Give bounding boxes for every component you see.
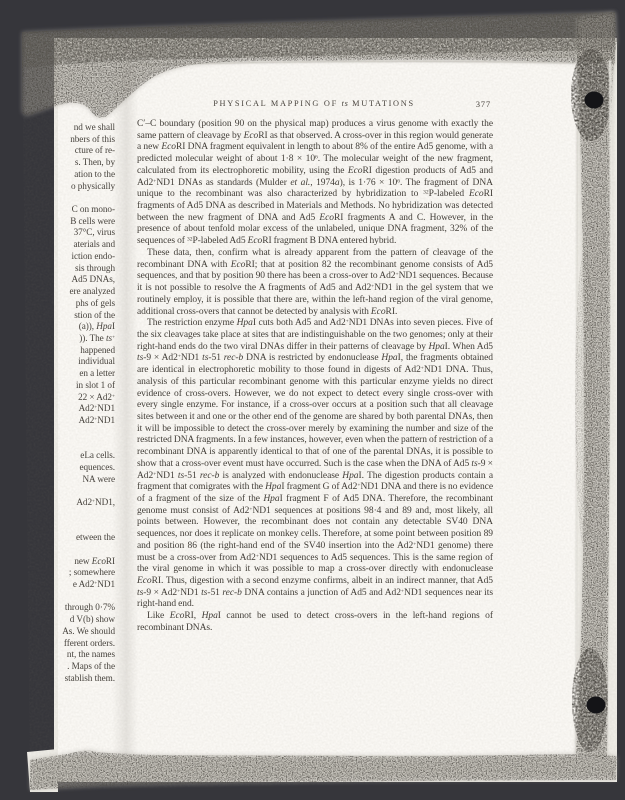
left-page-line-fragment: iction endo- — [28, 251, 115, 263]
left-page-line-fragment — [28, 192, 115, 204]
running-head-title: PHYSICAL MAPPING OF ts MUTATIONS — [213, 99, 415, 108]
left-page-line-fragment — [28, 509, 115, 521]
left-page-line-fragment: new EcoRI — [28, 556, 115, 568]
left-page-line-fragment — [28, 520, 115, 532]
left-page-line-fragment: 22 × Ad2+ — [28, 392, 115, 404]
left-page-line-fragment: )). The ts+ — [28, 333, 115, 345]
left-page-line-fragment: fferent orders. — [28, 638, 115, 650]
left-page-line-fragment: cture of re- — [28, 145, 115, 157]
left-page-line-fragment: individual — [28, 356, 115, 368]
left-page-line-fragment — [28, 427, 115, 439]
body-paragraph: Like EcoRI, HpaI cannot be used to detec… — [137, 611, 493, 634]
left-page-line-fragment — [28, 438, 115, 450]
body-paragraph: C′–C boundary (position 90 on the physic… — [137, 119, 493, 248]
left-page-line-fragment: Ad5 DNAs, — [28, 274, 115, 286]
left-page-line-fragment: etween the — [28, 532, 115, 544]
left-page-line-fragment: B cells were — [28, 216, 115, 228]
left-page-line-fragment: stablish them. — [28, 673, 115, 685]
left-page-line-fragment: e Ad2+ND1 — [28, 579, 115, 591]
left-page-line-fragment: . Maps of the — [28, 661, 115, 673]
left-page-line-fragment — [28, 485, 115, 497]
left-page-line-fragment — [28, 544, 115, 556]
left-page-line-fragment: nd we shall — [28, 122, 115, 134]
left-page-line-fragment: eLa cells. — [28, 450, 115, 462]
running-head: PHYSICAL MAPPING OF ts MUTATIONS 377 — [137, 99, 491, 108]
left-page-line-fragment: en a letter — [28, 368, 115, 380]
left-page-line-fragment: phs of gels — [28, 298, 115, 310]
left-page-line-fragment: 37°C, virus — [28, 227, 115, 239]
photographed-book-page: PHYSICAL MAPPING OF ts MUTATIONS 377 C′–… — [0, 0, 625, 800]
left-page-line-fragment: stion of the — [28, 310, 115, 322]
left-page-line-fragment: through 0·7% — [28, 602, 115, 614]
left-page-line-fragment: Ad2+ND1, — [28, 497, 115, 509]
left-page-line-fragment: ; somewhere — [28, 567, 115, 579]
left-page-line-fragment: sis through — [28, 263, 115, 275]
left-page-line-fragment: in slot 1 of — [28, 380, 115, 392]
left-page-line-fragment: ation to the — [28, 169, 115, 181]
main-text-column: C′–C boundary (position 90 on the physic… — [137, 119, 493, 635]
left-page-line-fragment: happened — [28, 345, 115, 357]
body-paragraph: The restriction enzyme HpaI cuts both Ad… — [137, 318, 493, 611]
left-page-line-fragment: equences. — [28, 462, 115, 474]
left-page-line-fragment: (a)), HpaI — [28, 321, 115, 333]
left-page-line-fragment: d V(b) show — [28, 614, 115, 626]
left-page-line-fragment: nbers of this — [28, 134, 115, 146]
page-text-layer: PHYSICAL MAPPING OF ts MUTATIONS 377 C′–… — [0, 0, 625, 800]
left-page-line-fragment: Ad2+ND1 — [28, 415, 115, 427]
left-page-line-fragment: Ad2+ND1 — [28, 403, 115, 415]
left-page-line-fragment: NA were — [28, 474, 115, 486]
page-number: 377 — [476, 99, 491, 109]
left-page-line-fragment: s. Then, by — [28, 157, 115, 169]
left-page-line-fragment: C on mono- — [28, 204, 115, 216]
left-page-line-fragment: As. We should — [28, 626, 115, 638]
left-page-fragment-column: nd we shallnbers of thiscture of re-s. T… — [28, 122, 115, 685]
left-page-line-fragment — [28, 591, 115, 603]
left-page-line-fragment: aterials and — [28, 239, 115, 251]
left-page-line-fragment: ere analyzed — [28, 286, 115, 298]
body-paragraph: These data, then, confirm what is alread… — [137, 248, 493, 318]
left-page-line-fragment: nt, the names — [28, 649, 115, 661]
left-page-line-fragment: o physically — [28, 181, 115, 193]
